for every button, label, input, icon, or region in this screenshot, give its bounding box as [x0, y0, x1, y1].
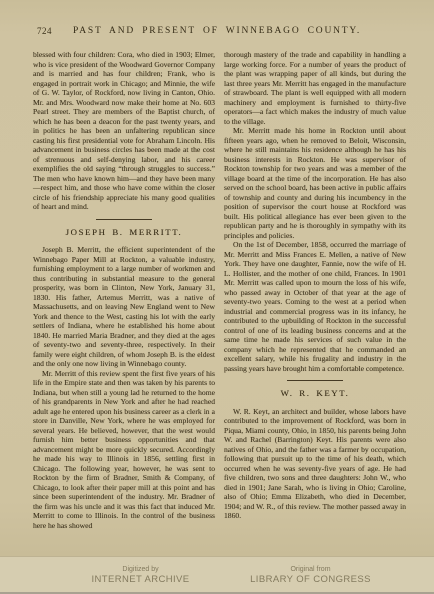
- paragraph: W. R. Keyt, an architect and builder, wh…: [224, 407, 406, 521]
- page-header: 724 PAST AND PRESENT OF WINNEBAGO COUNTY…: [0, 0, 434, 40]
- paragraph: Joseph B. Merritt, the efficient superin…: [33, 245, 215, 369]
- scanned-book-page: 724 PAST AND PRESENT OF WINNEBAGO COUNTY…: [0, 0, 434, 556]
- text-columns: blessed with four children: Cora, who di…: [0, 40, 434, 550]
- digitized-by-label: Digitized by: [58, 565, 223, 574]
- section-heading-keyt: W. R. KEYT.: [224, 389, 406, 399]
- digitized-by-value: INTERNET ARCHIVE: [58, 574, 223, 586]
- paragraph: Mr. Merritt made his home in Rockton unt…: [224, 126, 406, 240]
- paragraph: blessed with four children: Cora, who di…: [33, 50, 215, 212]
- original-from-credit: Original from LIBRARY OF CONGRESS: [228, 565, 393, 586]
- original-from-label: Original from: [228, 565, 393, 574]
- section-divider: [96, 219, 152, 220]
- paragraph: Mr. Merritt of this review spent the fir…: [33, 369, 215, 531]
- section-divider: [287, 380, 343, 381]
- page-number: 724: [37, 26, 52, 36]
- paragraph: On the 1st of December, 1858, occurred t…: [224, 240, 406, 373]
- right-column: thorough mastery of the trade and capabi…: [224, 50, 406, 550]
- original-from-value: LIBRARY OF CONGRESS: [228, 574, 393, 586]
- scan-footer: Digitized by INTERNET ARCHIVE Original f…: [0, 556, 434, 594]
- left-column: blessed with four children: Cora, who di…: [33, 50, 215, 550]
- section-heading-merritt: JOSEPH B. MERRITT.: [33, 228, 215, 238]
- paragraph: thorough mastery of the trade and capabi…: [224, 50, 406, 126]
- digitized-by-credit: Digitized by INTERNET ARCHIVE: [58, 565, 223, 586]
- running-title: PAST AND PRESENT OF WINNEBAGO COUNTY.: [0, 26, 434, 36]
